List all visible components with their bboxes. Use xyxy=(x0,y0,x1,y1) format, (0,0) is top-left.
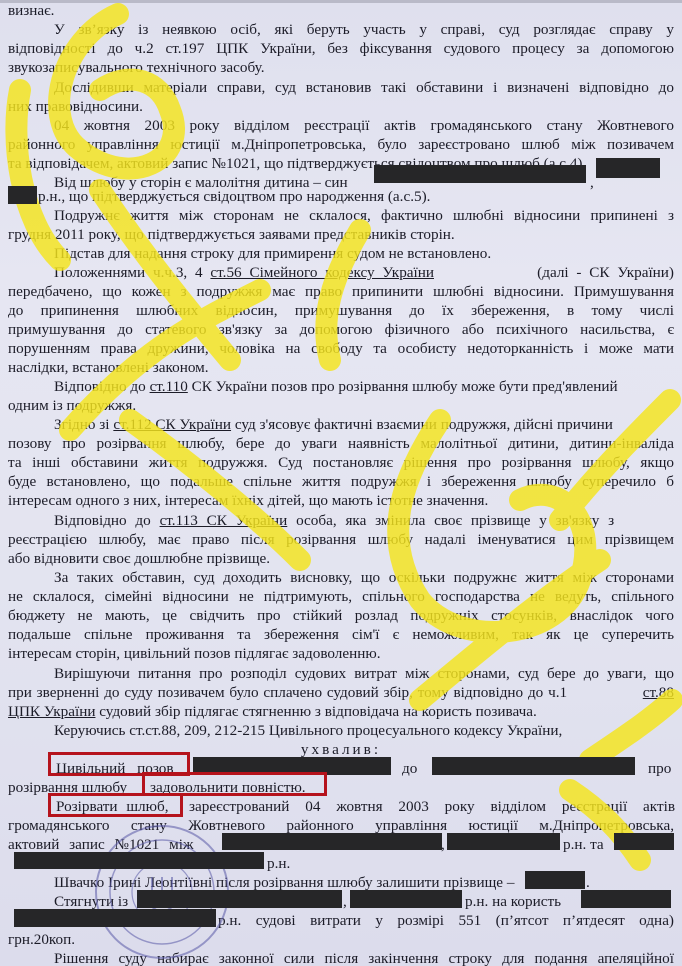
text-line: інтересам одного з них, інтересам їхніх … xyxy=(8,492,674,510)
redaction-birth-date xyxy=(596,158,660,178)
text: (далі - СК України) xyxy=(537,264,674,282)
text-line: примушування до статевого зв'язку за доп… xyxy=(8,321,674,339)
text: р.н. на користь xyxy=(465,893,585,911)
text-line: Згідно зі ст.112 СК України суд з'ясовує… xyxy=(8,416,674,434)
text-line: Подружнє життя між сторонам не склалося,… xyxy=(8,207,674,225)
text-line: подальше спільне проживання та збереженн… xyxy=(8,626,674,644)
text-line: бюджету не мають, це свідчить про стійки… xyxy=(8,607,674,625)
text: судовий збір підлягає стягненню з відпов… xyxy=(99,703,537,720)
court-decision-page: визнає. У зв’язку із неявкою осіб, які б… xyxy=(0,0,682,966)
law-link-st110[interactable]: ст.110 xyxy=(150,378,188,395)
text-line: звукозаписувального технічного засобу. xyxy=(8,59,674,77)
text-line: Вирішуючи питання про розподіл судових в… xyxy=(8,665,674,683)
text-line: грн.20коп. xyxy=(8,931,674,949)
text: Відповідно до xyxy=(54,512,151,529)
redaction-name xyxy=(222,833,442,850)
text-line: Положеннями ч.ч.3, 4 ст.56 Сімейного код… xyxy=(8,264,674,282)
text-line: відповідності до ч.2 ст.197 ЦПК України,… xyxy=(8,40,674,58)
redaction-birth-date xyxy=(350,890,462,908)
text-line: них правовідносини. xyxy=(8,98,674,116)
text-line: буде встановлено, що подальше спільне жи… xyxy=(8,473,674,491)
text-line: Підстав для надання строку для примиренн… xyxy=(8,245,674,263)
text-line: За таких обставин, суд доходить висновку… xyxy=(8,569,674,587)
highlight-box xyxy=(48,793,183,817)
text-line: наслідки, встановлені законом. xyxy=(8,359,674,377)
law-link-st88[interactable]: ст.88 xyxy=(643,684,674,702)
to-text: до xyxy=(402,760,432,778)
text-line: до припинення шлюбних відносин, примушув… xyxy=(8,302,674,320)
text-line: та інші обставини життя подружжя. Суд по… xyxy=(8,454,674,472)
text-line: визнає. xyxy=(8,2,674,20)
text-line: зареєстрований 04 жовтня 2003 року відді… xyxy=(189,798,675,816)
law-link-st113[interactable]: ст.113 СК України xyxy=(160,512,288,529)
text-line: порушенням права дружини, чоловіка на св… xyxy=(8,340,674,358)
text-line: Рішення суду набирає законної сили після… xyxy=(8,950,674,966)
text-line: У зв’язку із неявкою осіб, які беруть уч… xyxy=(8,21,674,39)
text-line: р.н. судові витрати у розмірі 551 (п’ятс… xyxy=(218,912,674,930)
text: Згідно зі xyxy=(54,416,110,433)
redaction-name xyxy=(137,890,342,908)
text-line: інтересам сторін, цивільний позов підляг… xyxy=(8,645,674,663)
law-link-cpk[interactable]: ЦПК України xyxy=(8,703,95,720)
redaction-defendant xyxy=(432,757,635,775)
text-line: грудня 2011 року, що підтверджується зая… xyxy=(8,226,674,244)
text-line: Відповідно до ст.113 СК України особа, я… xyxy=(8,512,674,530)
text-line: ЦПК України судовий збір підлягає стягне… xyxy=(8,703,674,721)
text-line: одним із подружжя. xyxy=(8,397,674,415)
text-line: або відновити своє дошлюбне прізвище. xyxy=(8,550,674,568)
text: Відповідно до xyxy=(54,378,146,395)
redaction-child-name xyxy=(374,165,586,183)
redaction-name xyxy=(581,890,671,908)
text-line: районного управління юстиції м.Дніпропет… xyxy=(8,136,674,154)
text: при зверненні до суду позивачем було спл… xyxy=(8,684,567,701)
text: особа, яка змінила своє прізвище у зв'яз… xyxy=(296,512,614,529)
text-line: позову про розірвання шлюбу, бере до ува… xyxy=(8,435,674,453)
text: СК України позов про розірвання шлюбу мо… xyxy=(192,378,618,395)
redaction-name xyxy=(614,833,674,850)
law-link-st112[interactable]: ст.112 СК України xyxy=(113,416,231,433)
text-line: 04 жовтня 2003 року відділом реєстрації … xyxy=(8,117,674,135)
text-line: передбачено, що кожен з подружжя має пра… xyxy=(8,283,674,301)
redaction-birth-date xyxy=(8,186,37,204)
text-line: при зверненні до суду позивачем було спл… xyxy=(8,684,674,702)
text-line: Відповідно до ст.110 СК України позов пр… xyxy=(8,378,674,396)
about-text: про xyxy=(648,760,678,778)
redaction-birth-date xyxy=(447,833,560,850)
text-line: не склалося, сімейні відносини не підтри… xyxy=(8,588,674,606)
law-link-st56[interactable]: ст.56 Сімейного кодексу України xyxy=(210,264,434,281)
text: р.н. xyxy=(267,855,327,873)
text-line: реєстрацією шлюбу, має право після розір… xyxy=(8,531,674,549)
redaction-name xyxy=(14,909,216,927)
text-line: Дослідивши матеріали справи, суд встанов… xyxy=(8,79,674,97)
redaction-name xyxy=(14,852,264,869)
text-line: р.н., що підтверджується свідоцтвом про … xyxy=(38,188,658,206)
redaction-surname xyxy=(525,871,585,889)
text: суд з'ясовує фактичні взаємини подружжя,… xyxy=(235,416,613,433)
text-line: Керуючись ст.ст.88, 209, 212-215 Цивільн… xyxy=(8,722,674,740)
text: Положеннями ч.ч.3, 4 xyxy=(54,264,203,281)
